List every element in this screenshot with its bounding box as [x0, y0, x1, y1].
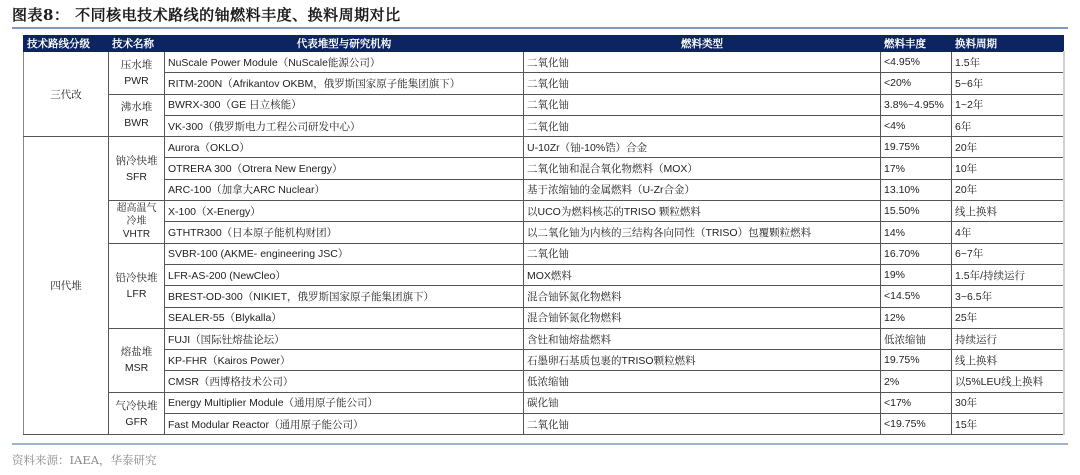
tech-name-en: PWR — [112, 73, 161, 89]
reactor-cell: ARC-100（加拿大ARC Nuclear） — [165, 179, 524, 200]
reactor-cell: NuScale Power Module（NuScale能源公司） — [165, 52, 524, 73]
generation-cell: 三代改 — [24, 52, 109, 137]
fuel-cell: 含钍和铀熔盐燃料 — [524, 328, 881, 349]
fuel-cell: 基于浓缩铀的金属燃料（U-Zr合金） — [524, 179, 881, 200]
fuel-cell: 以UCO为燃料核芯的TRISO 颗粒燃料 — [524, 201, 881, 222]
table-row: CMSR（西博格技术公司） 低浓缩铀 2% 以5%LEU线上换料 — [24, 371, 1064, 392]
enrichment-cell: 19% — [881, 264, 952, 285]
figure-title: 图表8： 不同核电技术路线的铀燃料丰度、换料周期对比 — [12, 4, 401, 25]
reactor-cell: FUJI（国际钍熔盐论坛） — [165, 328, 524, 349]
tech-cell-msr: 熔盐堆MSR — [109, 328, 165, 392]
generation-cell: 四代堆 — [24, 137, 109, 435]
fuel-cell: 二氧化铀和混合氧化物燃料（MOX） — [524, 158, 881, 179]
reactor-cell: BWRX-300（GE 日立核能） — [165, 94, 524, 115]
enrichment-cell: 14% — [881, 222, 952, 243]
table-row: VK-300（俄罗斯电力工程公司研发中心） 二氧化铀 <4% 6年 — [24, 115, 1064, 136]
tech-name-cn-line1: 超高温气 — [112, 202, 161, 215]
enrichment-cell: <19.75% — [881, 414, 952, 435]
cycle-cell: 6~7年 — [952, 243, 1064, 264]
tech-name-en: MSR — [112, 360, 161, 376]
source-note: 资料来源：IAEA，华泰研究 — [12, 452, 157, 468]
cycle-cell: 20年 — [952, 137, 1064, 158]
header-tech-name: 技术名称 — [109, 36, 165, 52]
table-row: LFR-AS-200 (NewCleo） MOX燃料 19% 1.5年/持续运行 — [24, 264, 1064, 285]
table-row: KP-FHR（Kairos Power） 石墨卵石基质包裹的TRISO颗粒燃料 … — [24, 350, 1064, 371]
reactor-cell: Fast Modular Reactor（通用原子能公司） — [165, 414, 524, 435]
cycle-cell: 10年 — [952, 158, 1064, 179]
tech-cell-vhtr: 超高温气冷堆VHTR — [109, 201, 165, 244]
header-enrichment: 燃料丰度 — [881, 36, 952, 52]
fuel-cell: 二氧化铀 — [524, 414, 881, 435]
reactor-cell: BREST-OD-300（NIKIET，俄罗斯国家原子能集团旗下） — [165, 286, 524, 307]
tech-name-cn-line2: 冷堆 — [112, 215, 161, 228]
reactor-cell: X-100（X-Energy） — [165, 201, 524, 222]
cycle-cell: 20年 — [952, 179, 1064, 200]
tech-name-cn: 钠冷快堆 — [112, 153, 161, 169]
tech-name-cn: 压水堆 — [112, 57, 161, 73]
enrichment-cell: 16.70% — [881, 243, 952, 264]
enrichment-cell: 15.50% — [881, 201, 952, 222]
tech-name-en: GFR — [112, 414, 161, 430]
fuel-cell: 二氧化铀 — [524, 52, 881, 73]
fuel-cell: 碳化铀 — [524, 392, 881, 413]
table-row: BREST-OD-300（NIKIET，俄罗斯国家原子能集团旗下） 混合铀钚氮化… — [24, 286, 1064, 307]
table-row: 铅冷快堆LFR SVBR-100 (AKME- engineering JSC）… — [24, 243, 1064, 264]
fuel-cell: 二氧化铀 — [524, 115, 881, 136]
cycle-cell: 以5%LEU线上换料 — [952, 371, 1064, 392]
table-row: 三代改 压水堆PWR NuScale Power Module（NuScale能… — [24, 52, 1064, 73]
fuel-cell: 二氧化铀 — [524, 243, 881, 264]
enrichment-cell: <4% — [881, 115, 952, 136]
table-row: 超高温气冷堆VHTR X-100（X-Energy） 以UCO为燃料核芯的TRI… — [24, 201, 1064, 222]
enrichment-cell: 3.8%~4.95% — [881, 94, 952, 115]
table-row: 熔盐堆MSR FUJI（国际钍熔盐论坛） 含钍和铀熔盐燃料 低浓缩铀 持续运行 — [24, 328, 1064, 349]
fuel-cell: 二氧化铀 — [524, 94, 881, 115]
tech-name-en: LFR — [112, 286, 161, 302]
table-row: 沸水堆BWR BWRX-300（GE 日立核能） 二氧化铀 3.8%~4.95%… — [24, 94, 1064, 115]
title-divider — [12, 27, 1068, 29]
cycle-cell: 5~6年 — [952, 73, 1064, 94]
fuel-cell: 石墨卵石基质包裹的TRISO颗粒燃料 — [524, 350, 881, 371]
cycle-cell: 1.5年/持续运行 — [952, 264, 1064, 285]
reactor-cell: SEALER-55（Blykalla） — [165, 307, 524, 328]
reactor-cell: KP-FHR（Kairos Power） — [165, 350, 524, 371]
enrichment-cell: <17% — [881, 392, 952, 413]
enrichment-cell: 低浓缩铀 — [881, 328, 952, 349]
tech-name-cn: 沸水堆 — [112, 99, 161, 115]
enrichment-cell: 2% — [881, 371, 952, 392]
reactor-cell: CMSR（西博格技术公司） — [165, 371, 524, 392]
cycle-cell: 1.5年 — [952, 52, 1064, 73]
tech-cell-lfr: 铅冷快堆LFR — [109, 243, 165, 328]
table-row: SEALER-55（Blykalla） 混合铀钚氮化物燃料 12% 25年 — [24, 307, 1064, 328]
header-fuel-type: 燃料类型 — [524, 36, 881, 52]
reactor-cell: Aurora（OKLO） — [165, 137, 524, 158]
header-reactor: 代表堆型与研究机构 — [165, 36, 524, 52]
tech-name-cn: 气冷快堆 — [112, 398, 161, 414]
enrichment-cell: <4.95% — [881, 52, 952, 73]
tech-name-cn: 熔盐堆 — [112, 344, 161, 360]
cycle-cell: 4年 — [952, 222, 1064, 243]
reactor-cell: VK-300（俄罗斯电力工程公司研发中心） — [165, 115, 524, 136]
cycle-cell: 1~2年 — [952, 94, 1064, 115]
tech-cell-gfr: 气冷快堆GFR — [109, 392, 165, 435]
table-row: ARC-100（加拿大ARC Nuclear） 基于浓缩铀的金属燃料（U-Zr合… — [24, 179, 1064, 200]
fuel-cell: 混合铀钚氮化物燃料 — [524, 286, 881, 307]
tech-name-cn: 铅冷快堆 — [112, 270, 161, 286]
fuel-cell: 混合铀钚氮化物燃料 — [524, 307, 881, 328]
cycle-cell: 线上换料 — [952, 350, 1064, 371]
reactor-cell: RITM-200N（Afrikantov OKBM，俄罗斯国家原子能集团旗下） — [165, 73, 524, 94]
cycle-cell: 6年 — [952, 115, 1064, 136]
enrichment-cell: 19.75% — [881, 350, 952, 371]
table-row: 四代堆 钠冷快堆SFR Aurora（OKLO） U-10Zr（铀-10%锆）合… — [24, 137, 1064, 158]
tech-cell-bwr: 沸水堆BWR — [109, 94, 165, 137]
reactor-cell: LFR-AS-200 (NewCleo） — [165, 264, 524, 285]
reactor-cell: GTHTR300（日本原子能机构财团） — [165, 222, 524, 243]
enrichment-cell: <14.5% — [881, 286, 952, 307]
cycle-cell: 3~6.5年 — [952, 286, 1064, 307]
reactor-cell: Energy Multiplier Module（通用原子能公司） — [165, 392, 524, 413]
cycle-cell: 25年 — [952, 307, 1064, 328]
tech-name-en: SFR — [112, 169, 161, 185]
fuel-cell: 二氧化铀 — [524, 73, 881, 94]
cycle-cell: 持续运行 — [952, 328, 1064, 349]
table-header-row: 技术路线分级 技术名称 代表堆型与研究机构 燃料类型 燃料丰度 换料周期 — [24, 36, 1064, 52]
tech-cell-pwr: 压水堆PWR — [109, 52, 165, 95]
tech-name-en: VHTR — [112, 228, 161, 241]
reactor-cell: SVBR-100 (AKME- engineering JSC） — [165, 243, 524, 264]
fuel-cell: 低浓缩铀 — [524, 371, 881, 392]
bottom-divider — [12, 443, 1068, 445]
tech-name-en: BWR — [112, 115, 161, 131]
table-row: OTRERA 300（Otrera New Energy） 二氧化铀和混合氧化物… — [24, 158, 1064, 179]
header-refuel-cycle: 换料周期 — [952, 36, 1064, 52]
fuel-cell: 以二氧化铀为内核的三结构各向同性（TRISO）包覆颗粒燃料 — [524, 222, 881, 243]
cycle-cell: 15年 — [952, 414, 1064, 435]
comparison-table: 技术路线分级 技术名称 代表堆型与研究机构 燃料类型 燃料丰度 换料周期 三代改… — [23, 35, 1065, 435]
fuel-cell: MOX燃料 — [524, 264, 881, 285]
enrichment-cell: <20% — [881, 73, 952, 94]
enrichment-cell: 12% — [881, 307, 952, 328]
table-row: GTHTR300（日本原子能机构财团） 以二氧化铀为内核的三结构各向同性（TRI… — [24, 222, 1064, 243]
table-row: RITM-200N（Afrikantov OKBM，俄罗斯国家原子能集团旗下） … — [24, 73, 1064, 94]
tech-cell-sfr: 钠冷快堆SFR — [109, 137, 165, 201]
header-generation: 技术路线分级 — [24, 36, 109, 52]
fuel-cell: U-10Zr（铀-10%锆）合金 — [524, 137, 881, 158]
enrichment-cell: 17% — [881, 158, 952, 179]
enrichment-cell: 19.75% — [881, 137, 952, 158]
reactor-cell: OTRERA 300（Otrera New Energy） — [165, 158, 524, 179]
table-row: 气冷快堆GFR Energy Multiplier Module（通用原子能公司… — [24, 392, 1064, 413]
table-row: Fast Modular Reactor（通用原子能公司） 二氧化铀 <19.7… — [24, 414, 1064, 435]
cycle-cell: 30年 — [952, 392, 1064, 413]
cycle-cell: 线上换料 — [952, 201, 1064, 222]
enrichment-cell: 13.10% — [881, 179, 952, 200]
